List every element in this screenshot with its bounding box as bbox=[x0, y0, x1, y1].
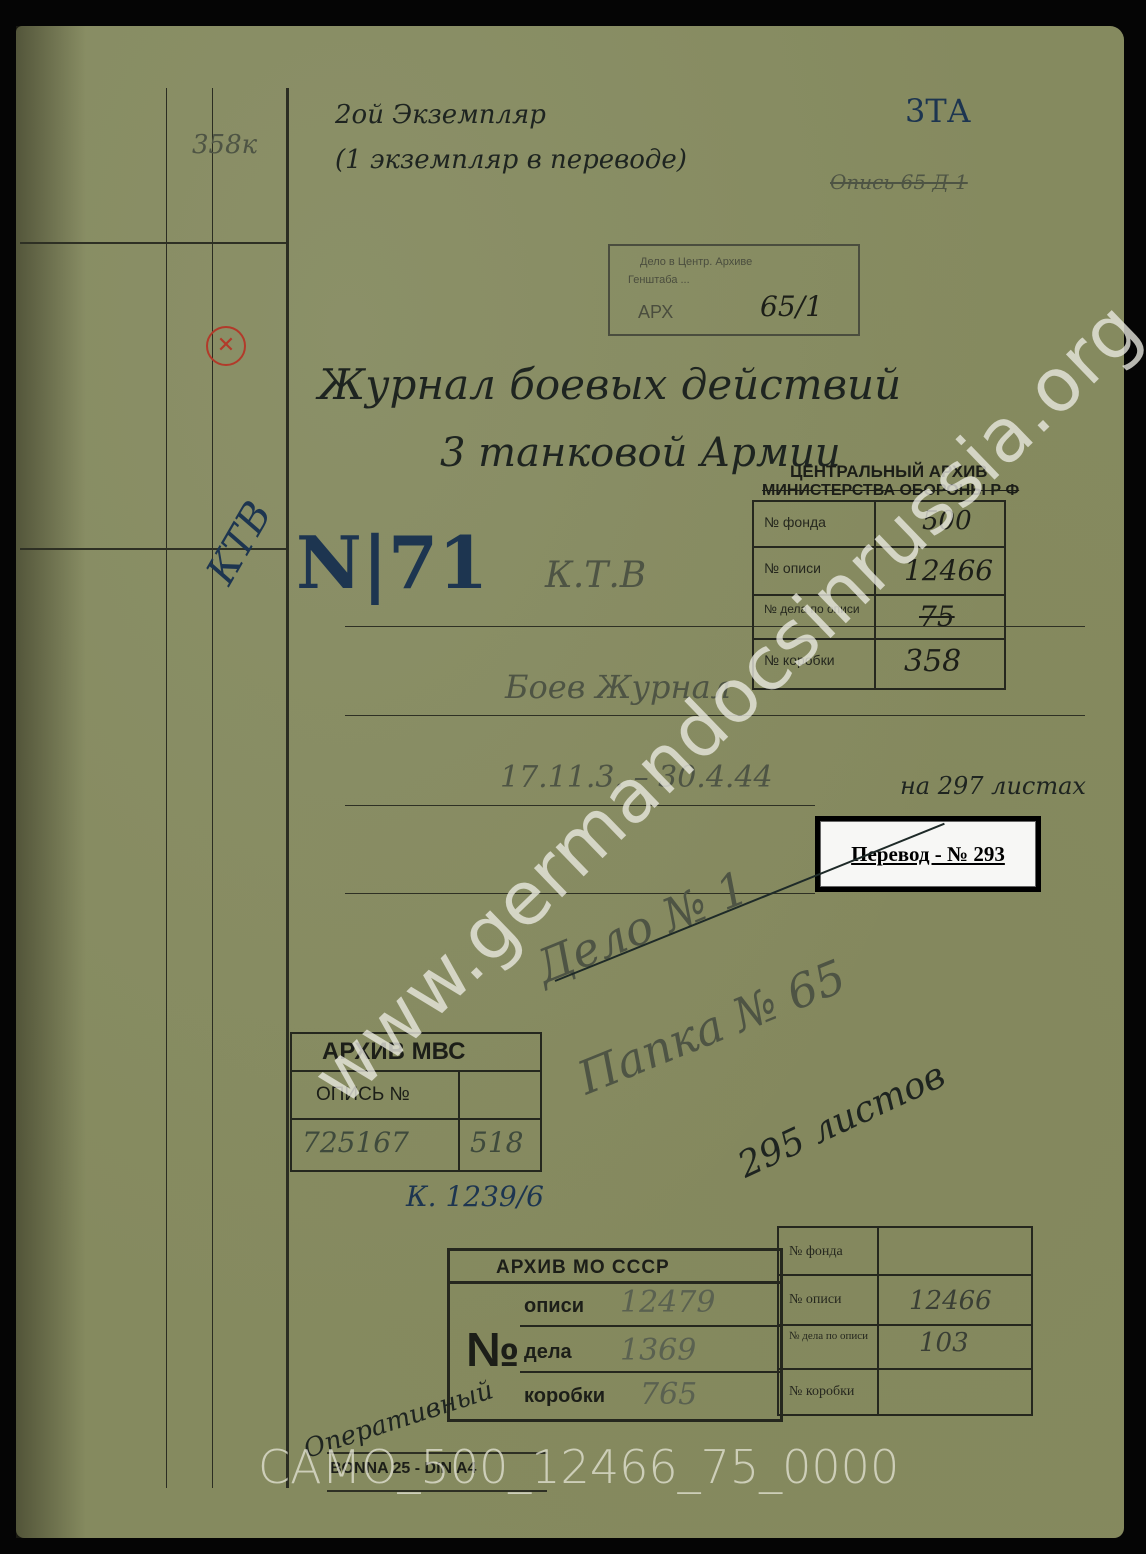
stamp-row-line bbox=[779, 1324, 1031, 1326]
mvs-side-value: 518 bbox=[470, 1126, 523, 1159]
ussr-value-dela: 1369 bbox=[620, 1333, 696, 1368]
stamp-row-line bbox=[520, 1325, 780, 1327]
ussr-label-korobki: коробки bbox=[524, 1385, 605, 1408]
old-stamp-line2: Генштаба ... bbox=[628, 274, 690, 286]
right-label-opis: № описи bbox=[789, 1292, 842, 1308]
stamp-row-line bbox=[779, 1274, 1031, 1276]
right-value-opis: 12466 bbox=[909, 1286, 992, 1316]
right-label-fond: № фонда bbox=[789, 1244, 843, 1260]
margin-line-2 bbox=[212, 88, 213, 1488]
copy-note-line2: (1 экземпляр в переводе) bbox=[335, 145, 687, 175]
right-archive-table: № фонда № описи 12466 № дела по описи 10… bbox=[777, 1226, 1033, 1416]
old-stamp-line1: Дело в Центр. Архиве bbox=[640, 256, 752, 268]
stamp-label-fond: № фонда bbox=[764, 514, 826, 530]
margin-line-3 bbox=[286, 88, 289, 1488]
crossed-note: Опись 65 Д 1 bbox=[830, 170, 968, 194]
copy-note-line1: 2ой Экземпляр bbox=[335, 100, 546, 130]
margin-line-1 bbox=[166, 88, 167, 1488]
ussr-label-opisi: описи bbox=[524, 1295, 584, 1318]
stamp-row-line bbox=[779, 1368, 1031, 1370]
stamp-divider bbox=[458, 1070, 460, 1170]
torn-edge bbox=[16, 26, 86, 1538]
old-stamp-archive: АРХ bbox=[638, 302, 673, 323]
mvs-opis-value: 725167 bbox=[302, 1126, 409, 1159]
title-line1: Журнал боевых действий bbox=[318, 360, 901, 409]
stamp-value-delo: 75 bbox=[919, 600, 955, 633]
corner-mark: 3ТА bbox=[905, 92, 971, 130]
translation-label-text: Перевод - № 293 bbox=[851, 842, 1005, 867]
translation-label: Перевод - № 293 bbox=[815, 816, 1041, 892]
right-label-korobka: № коробки bbox=[789, 1384, 854, 1400]
old-stamp: Дело в Центр. Архиве Генштаба ... АРХ 65… bbox=[608, 244, 860, 336]
right-value-delo: 103 bbox=[919, 1328, 969, 1358]
sheet-count: на 297 листах bbox=[900, 772, 1086, 800]
left-margin-number: 358к bbox=[192, 130, 257, 160]
title-line2: 3 танковой Армии bbox=[440, 430, 841, 476]
stamp-row-line bbox=[292, 1118, 540, 1120]
stamp-value-korobka: 358 bbox=[904, 644, 961, 679]
file-id: CAMO_500_12466_75_0000 bbox=[258, 1440, 899, 1494]
stamp-divider bbox=[877, 1228, 879, 1414]
right-label-delo: № дела по описи bbox=[789, 1330, 869, 1343]
old-stamp-number: 65/1 bbox=[760, 290, 823, 323]
ussr-value-korobki: 765 bbox=[640, 1377, 697, 1412]
stamp-row-line bbox=[450, 1281, 780, 1284]
k-number: К. 1239/6 bbox=[406, 1180, 544, 1213]
number-mark: N|71 bbox=[296, 520, 488, 605]
margin-hline-1 bbox=[20, 242, 286, 244]
ussr-stamp: АРХИВ МО СССР № описи 12479 дела 1369 ко… bbox=[447, 1248, 783, 1422]
ussr-label-dela: дела bbox=[524, 1341, 572, 1364]
ussr-title: АРХИВ МО СССР bbox=[496, 1257, 670, 1279]
ussr-no-sign: № bbox=[466, 1323, 520, 1378]
unit-note: К.Т.В bbox=[545, 555, 646, 596]
red-circle-mark: ✕ bbox=[206, 326, 246, 366]
ussr-value-opisi: 12479 bbox=[620, 1285, 715, 1320]
stamp-row-line bbox=[520, 1371, 780, 1373]
